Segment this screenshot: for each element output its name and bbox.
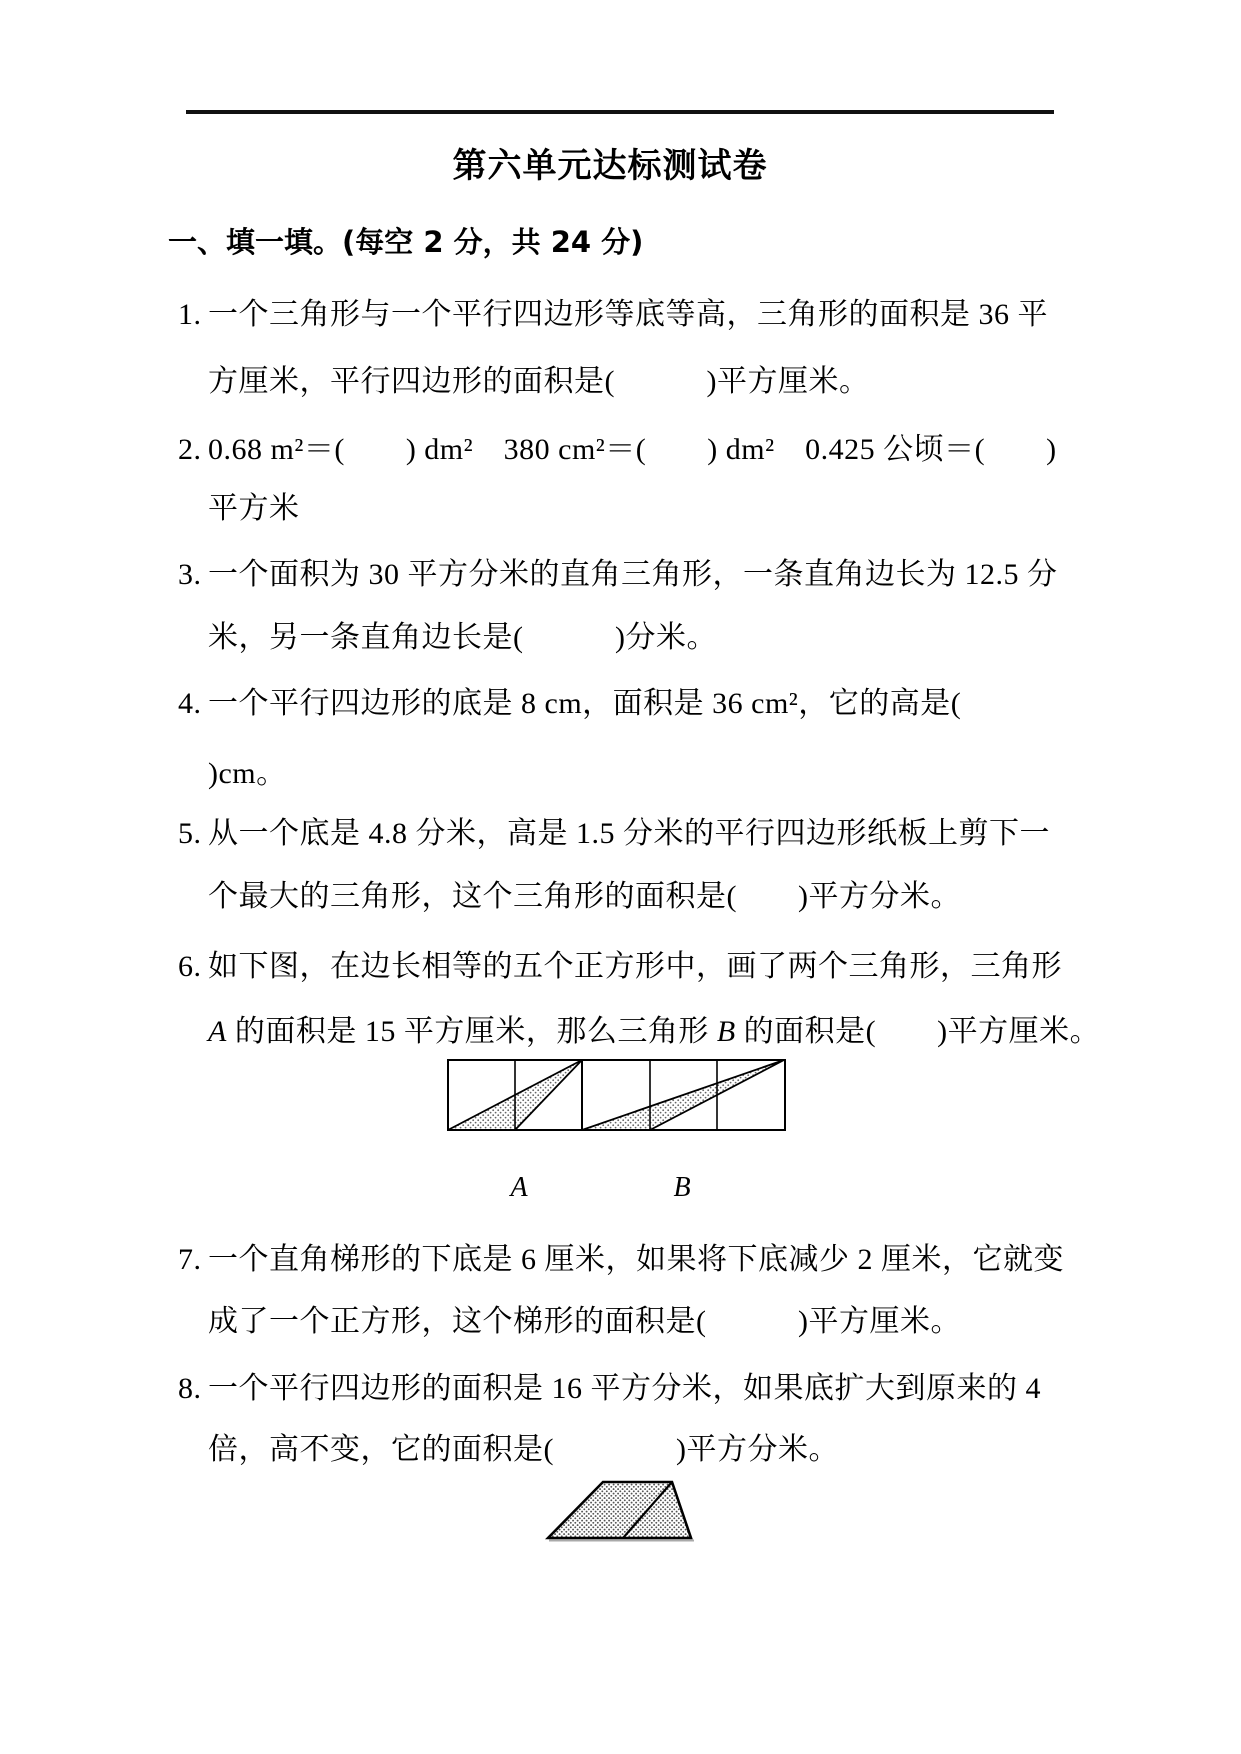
header-rule — [186, 110, 1054, 114]
question-1-line-2: 方厘米，平行四边形的面积是( )平方厘米。 — [208, 363, 869, 400]
question-text: 0.68 m²＝( ) dm² 380 cm²＝( ) dm² 0.425 公顷… — [208, 433, 1057, 466]
section-heading: 一、填一填。(每空 2 分，共 24 分) — [168, 224, 643, 260]
question-6-line-2: A 的面积是 15 平方厘米，那么三角形 B 的面积是( )平方厘米。 — [208, 1013, 1100, 1050]
question-5-line-2: 个最大的三角形，这个三角形的面积是( )平方分米。 — [208, 878, 961, 915]
question-text: 一个平行四边形的面积是 16 平方分米，如果底扩大到原来的 4 — [208, 1372, 1041, 1405]
question-number: 7. — [178, 1241, 208, 1278]
question-4-line-1: 4.一个平行四边形的底是 8 cm，面积是 36 cm²，它的高是( — [178, 685, 961, 722]
page-title: 第六单元达标测试卷 — [170, 146, 1050, 186]
figure-label-b: B — [664, 1173, 700, 1203]
question-8-line-1: 8.一个平行四边形的面积是 16 平方分米，如果底扩大到原来的 4 — [178, 1370, 1041, 1407]
question-2-line-1: 2.0.68 m²＝( ) dm² 380 cm²＝( ) dm² 0.425 … — [178, 431, 1057, 468]
trapezoid-figure — [545, 1479, 697, 1543]
trapezoid-shape — [548, 1482, 691, 1538]
question-text: 一个三角形与一个平行四边形等底等高，三角形的面积是 36 平 — [208, 298, 1048, 331]
question-4-line-2: )cm。 — [208, 755, 287, 792]
question-number: 4. — [178, 685, 208, 722]
question-7-line-1: 7.一个直角梯形的下底是 6 厘米，如果将下底减少 2 厘米，它就变 — [178, 1241, 1064, 1278]
question-7-line-2: 成了一个正方形，这个梯形的面积是( )平方厘米。 — [208, 1303, 961, 1340]
figure-label-a: A — [501, 1173, 537, 1203]
question-3-line-2: 米，另一条直角边长是( )分米。 — [208, 619, 717, 656]
test-paper-page: 第六单元达标测试卷 一、填一填。(每空 2 分，共 24 分) 1.一个三角形与… — [0, 0, 1241, 1754]
question-text: 的面积是( )平方厘米。 — [736, 1015, 1100, 1048]
question-text: 从一个底是 4.8 分米，高是 1.5 分米的平行四边形纸板上剪下一 — [208, 817, 1050, 850]
question-8-line-2: 倍，高不变，它的面积是( )平方分米。 — [208, 1431, 839, 1468]
question-text: 一个平行四边形的底是 8 cm，面积是 36 cm²，它的高是( — [208, 687, 961, 720]
question-number: 3. — [178, 556, 208, 593]
question-number: 8. — [178, 1370, 208, 1407]
triangle-a-reference: A — [208, 1015, 227, 1048]
question-text: 如下图，在边长相等的五个正方形中，画了两个三角形，三角形 — [208, 950, 1062, 983]
question-number: 1. — [178, 296, 208, 333]
question-2-line-2: 平方米 — [208, 490, 300, 527]
question-number: 6. — [178, 948, 208, 985]
question-text: 一个直角梯形的下底是 6 厘米，如果将下底减少 2 厘米，它就变 — [208, 1243, 1064, 1276]
triangle-b-reference: B — [717, 1015, 736, 1048]
question-text: 的面积是 15 平方厘米，那么三角形 — [227, 1015, 717, 1048]
question-text: 一个面积为 30 平方分米的直角三角形，一条直角边长为 12.5 分 — [208, 558, 1058, 591]
question-6-line-1: 6.如下图，在边长相等的五个正方形中，画了两个三角形，三角形 — [178, 948, 1062, 985]
question-3-line-1: 3.一个面积为 30 平方分米的直角三角形，一条直角边长为 12.5 分 — [178, 556, 1058, 593]
question-number: 2. — [178, 431, 208, 468]
triangle-b-shape — [582, 1060, 784, 1130]
question-number: 5. — [178, 815, 208, 852]
question-5-line-1: 5.从一个底是 4.8 分米，高是 1.5 分米的平行四边形纸板上剪下一 — [178, 815, 1050, 852]
five-squares-figure — [447, 1059, 786, 1132]
question-1-line-1: 1.一个三角形与一个平行四边形等底等高，三角形的面积是 36 平 — [178, 296, 1048, 333]
